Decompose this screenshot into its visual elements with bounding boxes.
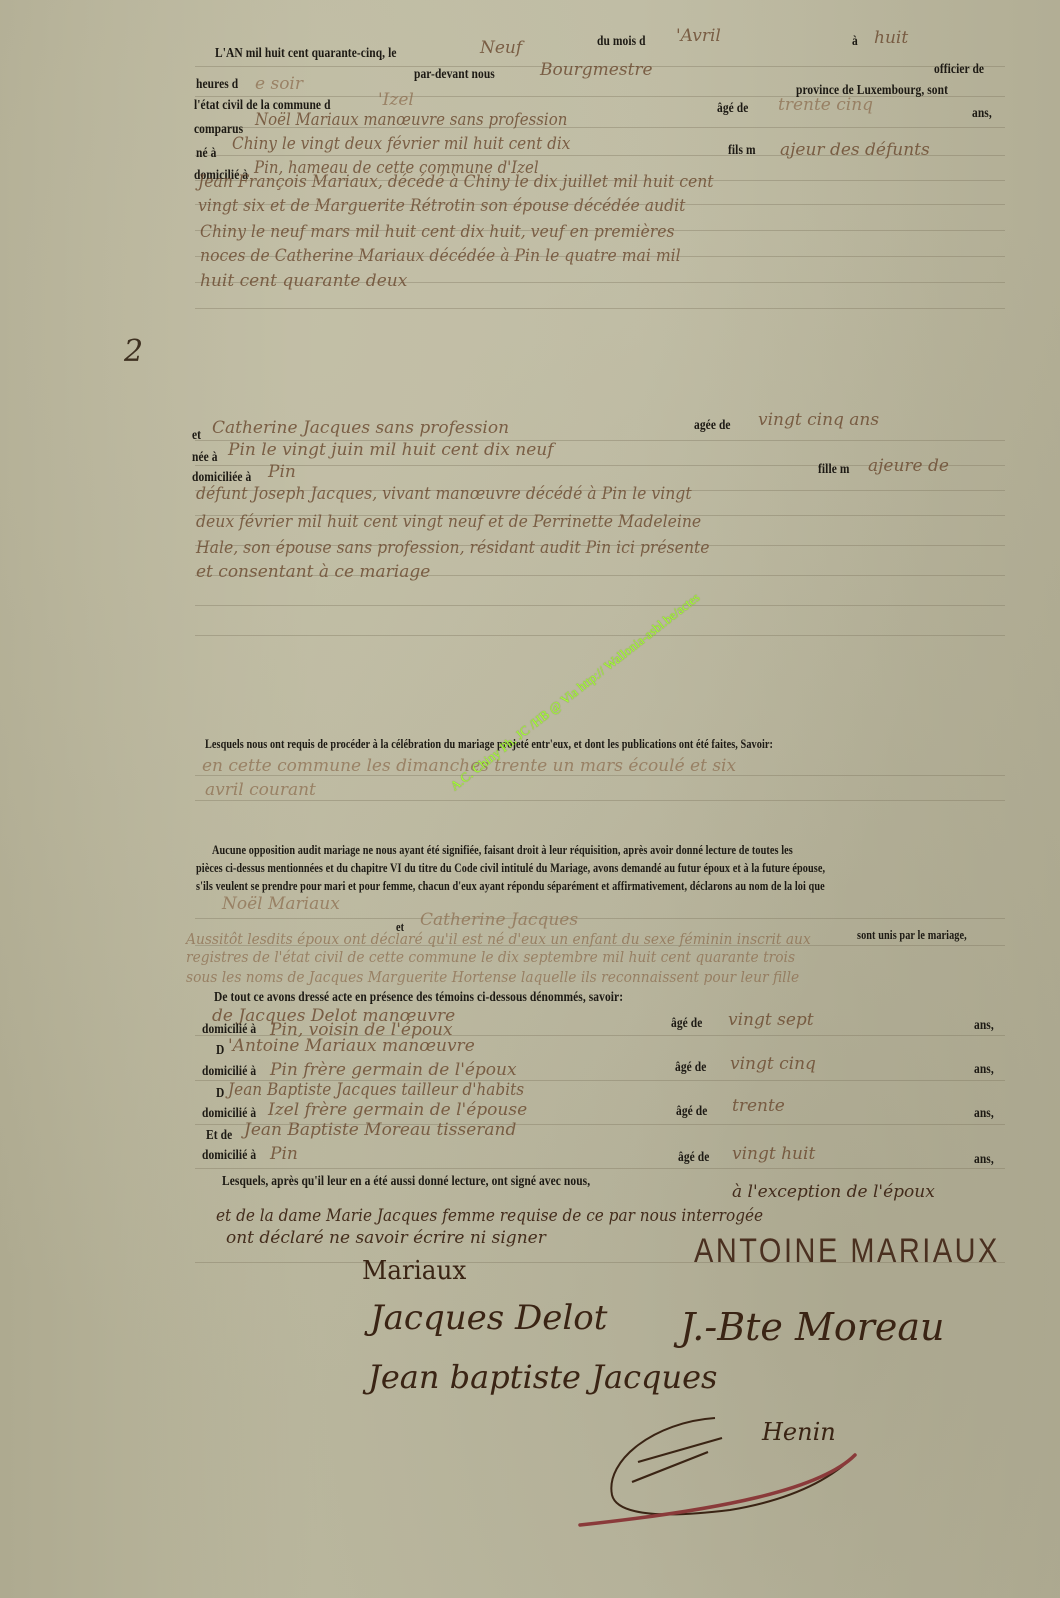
witness-4-domicile: Pin (270, 1144, 298, 1164)
preamble-printed-before: par-devant nous (414, 67, 495, 83)
signature-mariaux: Mariaux (362, 1256, 466, 1286)
declaration-printed-line: s'ils veulent se prendre pour mari et po… (196, 879, 825, 894)
groom-hw-born: Chiny le vingt deux février mil huit cen… (232, 134, 570, 154)
legitimation-line: registres de l'état civil de cette commu… (186, 948, 795, 966)
witness-4-age: vingt huit (732, 1144, 815, 1164)
groom-hw-name: Noël Mariaux manœuvre sans profession (255, 110, 567, 130)
witness-1-label-age: âgé de (671, 1016, 702, 1032)
bride-parents-line: et consentant à ce mariage (196, 562, 430, 582)
ruled-line (195, 308, 1005, 309)
preamble-hw-time: e soir (255, 74, 303, 94)
bride-label-age: agée de (694, 418, 731, 434)
witness-3-label-ans: ans, (974, 1106, 994, 1122)
groom-label-born: né à (196, 146, 216, 162)
marriage-record-page: 2 L'AN mil huit cent quarante-cinq, le N… (0, 0, 1060, 1598)
witness-3-age: trente (732, 1096, 785, 1116)
margin-act-number: 2 (124, 334, 143, 369)
groom-hw-age: trente cinq (778, 95, 873, 115)
bride-parents-line: Hale, son épouse sans profession, résida… (196, 538, 710, 558)
publications-hw-line: avril courant (205, 780, 316, 800)
closing-hw-line: à l'exception de l'époux (732, 1182, 935, 1202)
signature-jacques-delot: Jacques Delot (370, 1298, 607, 1338)
ruled-line (195, 918, 1005, 919)
groom-parents-line: huit cent quarante deux (200, 271, 407, 291)
witness-1-age: vingt sept (728, 1010, 814, 1030)
preamble-hw-officer: Bourgmestre (540, 60, 653, 80)
signature-jean-baptiste-jacques: Jean baptiste Jacques (368, 1358, 717, 1396)
preamble-hw-day: Neuf (480, 38, 522, 58)
bride-label-born: née à (192, 450, 218, 466)
witness-2-label-domicile: domicilié à (202, 1064, 256, 1080)
witness-3-prefix: D (216, 1086, 224, 1102)
declaration-printed-line: pièces ci-dessus mentionnées et du chapi… (196, 861, 825, 876)
preamble-hw-month: 'Avril (676, 26, 721, 46)
preamble-printed-officer: officier de (934, 62, 984, 78)
declaration-printed-united: sont unis par le mariage, (857, 928, 967, 943)
groom-parents-line: vingt six et de Marguerite Rétrotin son … (198, 196, 685, 216)
bride-hw-born: Pin le vingt juin mil huit cent dix neuf (228, 440, 554, 460)
signature-jb-moreau: J.-Bte Moreau (680, 1305, 945, 1349)
groom-parents-line: Jean François Mariaux, décédé à Chiny le… (198, 172, 714, 192)
witness-1-label-ans: ans, (974, 1018, 994, 1034)
bride-hw-age: vingt cinq ans (758, 410, 879, 430)
closing-hw-line: ont déclaré ne savoir écrire ni signer (226, 1228, 546, 1248)
witness-3-domicile: Izel frère germain de l'épouse (268, 1100, 527, 1120)
ruled-line (195, 1168, 1005, 1169)
witness-4-label-age: âgé de (678, 1150, 709, 1166)
groom-label-ans: ans, (972, 106, 992, 122)
legitimation-line: Aussitôt lesdits époux ont déclaré qu'il… (186, 930, 811, 948)
groom-label-age: âgé de (717, 101, 748, 117)
declaration-hw-bride: Catherine Jacques (420, 910, 578, 930)
ruled-line (195, 605, 1005, 606)
witnesses-intro: De tout ce avons dressé acte en présence… (214, 990, 623, 1006)
ruled-line (195, 635, 1005, 636)
declaration-hw-groom: Noël Mariaux (222, 894, 340, 914)
groom-parents-line: noces de Catherine Mariaux décédée à Pin… (200, 246, 681, 266)
bride-hw-name: Catherine Jacques sans profession (212, 418, 509, 438)
declaration-printed-line: Aucune opposition audit mariage ne nous … (212, 843, 793, 858)
mayor-signature-flourish-icon (560, 1400, 880, 1530)
witness-4-name: Jean Baptiste Moreau tisserand (244, 1120, 516, 1140)
bride-hw-daughter: ajeure de (868, 456, 949, 476)
witness-2-prefix: D (216, 1043, 224, 1059)
bride-parents-line: deux février mil huit cent vingt neuf et… (196, 512, 701, 532)
preamble-hw-hour: huit (874, 28, 908, 48)
legitimation-line: sous les noms de Jacques Marguerite Hort… (186, 968, 799, 986)
witness-4-label-domicile: domicilié à (202, 1148, 256, 1164)
bride-parents-line: défunt Joseph Jacques, vivant manœuvre d… (196, 484, 692, 504)
bride-label-et: et (192, 428, 201, 444)
bride-hw-domicile: Pin (268, 462, 296, 482)
groom-hw-son: ajeur des défunts (780, 140, 930, 160)
witness-4-prefix: Et de (206, 1128, 232, 1144)
witness-2-label-age: âgé de (675, 1060, 706, 1076)
closing-printed: Lesquels, après qu'il leur en a été auss… (222, 1174, 590, 1190)
preamble-printed-hours: heures d (196, 77, 238, 93)
signature-antoine-mariaux: ANTOINE MARIAUX (694, 1232, 1000, 1271)
preamble-hw-commune: 'Izel (378, 90, 414, 110)
witness-2-label-ans: ans, (974, 1062, 994, 1078)
bride-label-daughter: fille m (818, 462, 850, 478)
preamble-printed-a: à (852, 34, 858, 50)
witness-2-age: vingt cinq (730, 1054, 816, 1074)
witness-2-domicile: Pin frère germain de l'époux (270, 1060, 517, 1080)
groom-label-son: fils m (728, 143, 756, 159)
groom-parents-line: Chiny le neuf mars mil huit cent dix hui… (200, 222, 675, 242)
ruled-line (195, 800, 1005, 801)
witness-3-label-age: âgé de (676, 1104, 707, 1120)
witness-3-name: Jean Baptiste Jacques tailleur d'habits (228, 1080, 524, 1100)
preamble-printed-year: L'AN mil huit cent quarante-cinq, le (215, 46, 397, 62)
closing-hw-line: et de la dame Marie Jacques femme requis… (216, 1206, 763, 1226)
witness-2-name: 'Antoine Mariaux manœuvre (228, 1036, 475, 1056)
witness-4-label-ans: ans, (974, 1152, 994, 1168)
preamble-printed-month: du mois d (597, 34, 646, 50)
